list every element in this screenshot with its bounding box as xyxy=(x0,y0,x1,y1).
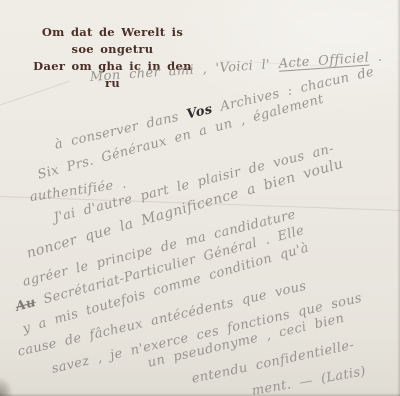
overwritten-word: Vos xyxy=(185,102,214,122)
scanned-letter: Om dat de Werelt is soe ongetru Daer om … xyxy=(0,0,400,396)
printed-motto-line1: Om dat de Werelt is soe ongetru xyxy=(30,24,195,58)
handwritten-text: . xyxy=(369,50,383,66)
